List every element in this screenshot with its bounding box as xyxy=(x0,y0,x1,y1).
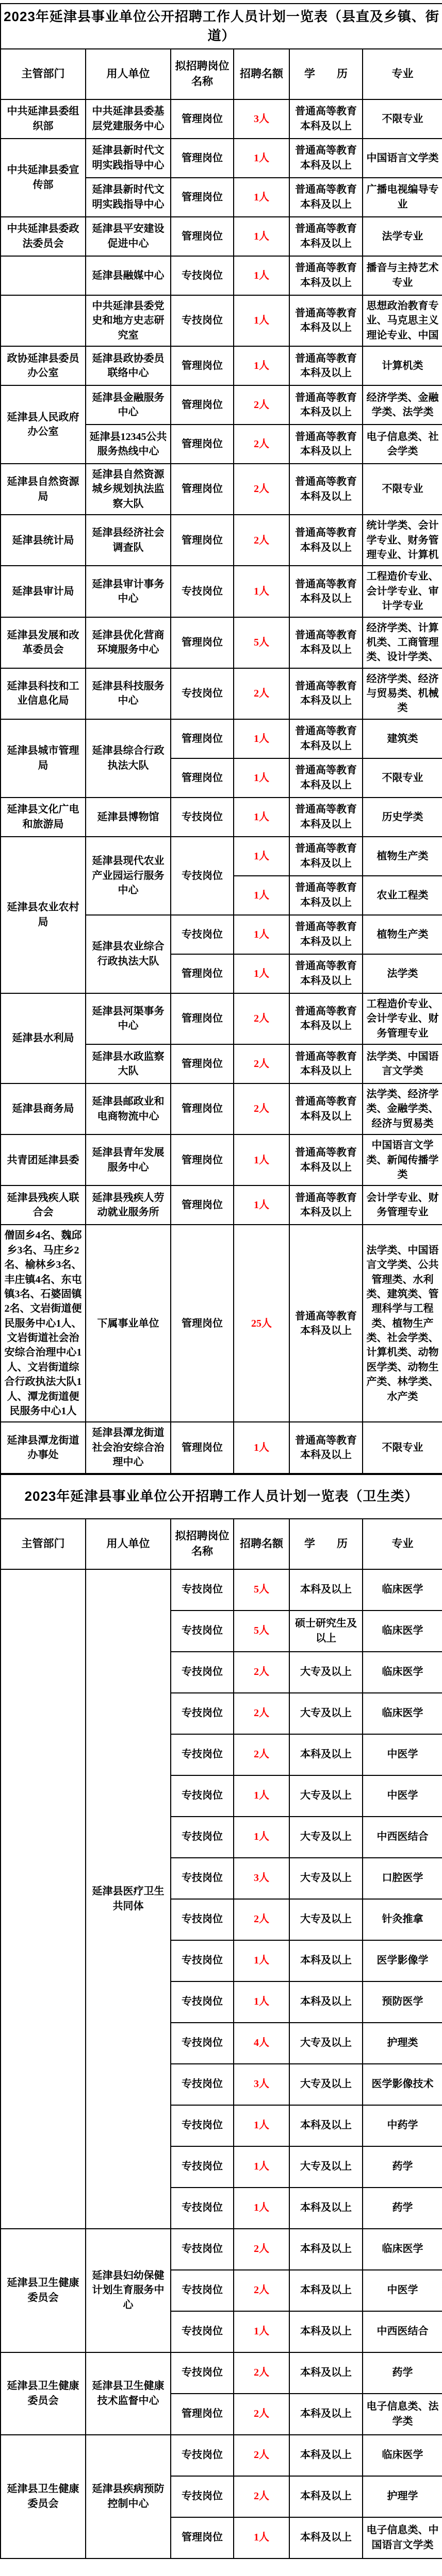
edu-cell: 普通高等教育本科及以上 xyxy=(289,1422,363,1473)
dept-cell: 延津县发展和改革委员会 xyxy=(1,617,86,668)
major-cell: 广播电视编导专业 xyxy=(363,178,442,217)
major-cell: 临床医学 xyxy=(363,1611,442,1652)
post-cell: 管理岗位 xyxy=(171,1044,234,1083)
quota-cell: 1人 xyxy=(234,256,289,295)
major-cell: 中医学 xyxy=(363,2270,442,2311)
col-header-post: 拟招聘岗位名称 xyxy=(171,1519,234,1569)
edu-cell: 本科及以上 xyxy=(289,1569,363,1611)
unit-cell: 延津县自然资源城乡规划执法监察大队 xyxy=(86,464,171,515)
edu-cell: 本科及以上 xyxy=(289,2476,363,2517)
post-cell: 专技岗位 xyxy=(171,2105,234,2146)
table-title-row: 2023年延津县事业单位公开招聘工作人员计划一览表（卫生类） xyxy=(1,1475,442,1519)
post-cell: 管理岗位 xyxy=(171,617,234,668)
unit-cell: 延津县疾病预防控制中心 xyxy=(86,2435,171,2558)
quota-cell: 2人 xyxy=(234,1044,289,1083)
major-cell: 针灸推拿 xyxy=(363,1899,442,1940)
quota-cell: 25人 xyxy=(234,1225,289,1422)
post-cell: 管理岗位 xyxy=(171,385,234,425)
major-cell: 法学类、经济学类、金融学类、经济与贸易类 xyxy=(363,1083,442,1134)
table-row: 延津县城市管理局延津县综合行政执法大队管理岗位1人普通高等教育本科及以上建筑类 xyxy=(1,719,442,758)
recruitment-table-county: 2023年延津县事业单位公开招聘工作人员计划一览表（县直及乡镇、街道）主管部门用… xyxy=(0,3,442,1474)
quota-cell: 2人 xyxy=(234,1693,289,1734)
unit-cell: 延津县金融服务中心 xyxy=(86,385,171,425)
table-row: 延津县农业农村局延津县现代农业产业园运行服务中心专技岗位1人普通高等教育本科及以… xyxy=(1,837,442,876)
table-row: 延津县发展和改革委员会延津县优化营商环境服务中心管理岗位5人普通高等教育本科及以… xyxy=(1,617,442,668)
major-cell: 植物生产类 xyxy=(363,915,442,954)
edu-cell: 普通高等教育本科及以上 xyxy=(289,758,363,798)
quota-cell: 1人 xyxy=(234,2146,289,2188)
quota-cell: 1人 xyxy=(234,1134,289,1185)
dept-cell: 延津县潭龙街道办事处 xyxy=(1,1422,86,1473)
dept-cell: 延津县人民政府办公室 xyxy=(1,385,86,464)
unit-cell: 延津县新时代文明实践指导中心 xyxy=(86,178,171,217)
dept-cell: 延津县残疾人联合会 xyxy=(1,1185,86,1225)
document-page: 2023年延津县事业单位公开招聘工作人员计划一览表（县直及乡镇、街道）主管部门用… xyxy=(0,0,442,2559)
major-cell: 不限专业 xyxy=(363,758,442,798)
col-header-quota: 招聘名额 xyxy=(234,49,289,99)
quota-cell: 2人 xyxy=(234,2270,289,2311)
edu-cell: 大专及以上 xyxy=(289,2064,363,2105)
major-cell: 工程造价专业、会计学专业、财务管理专业 xyxy=(363,993,442,1044)
dept-cell: 中共延津县委政法委员会 xyxy=(1,217,86,256)
col-header-unit: 用人单位 xyxy=(86,1519,171,1569)
major-cell: 经济学类、金融学类、法学类 xyxy=(363,385,442,425)
post-cell: 专技岗位 xyxy=(171,1611,234,1652)
edu-cell: 普通高等教育本科及以上 xyxy=(289,217,363,256)
quota-cell: 3人 xyxy=(234,2064,289,2105)
dept-cell: 延津县商务局 xyxy=(1,1083,86,1134)
table-row: 延津县融媒中心专技岗位1人普通高等教育本科及以上播音与主持艺术专业 xyxy=(1,256,442,295)
edu-cell: 普通高等教育本科及以上 xyxy=(289,178,363,217)
edu-cell: 普通高等教育本科及以上 xyxy=(289,837,363,876)
unit-cell: 延津县邮政业和电商物流中心 xyxy=(86,1083,171,1134)
quota-cell: 2人 xyxy=(234,1652,289,1693)
col-header-edu: 学 历 xyxy=(289,1519,363,1569)
post-cell: 专技岗位 xyxy=(171,566,234,617)
major-cell: 临床医学 xyxy=(363,1569,442,1611)
post-cell: 专技岗位 xyxy=(171,1734,234,1775)
edu-cell: 普通高等教育本科及以上 xyxy=(289,295,363,346)
unit-cell: 延津县农业综合行政执法大队 xyxy=(86,915,171,993)
table-row: 延津县商务局延津县邮政业和电商物流中心管理岗位2人普通高等教育本科及以上法学类、… xyxy=(1,1083,442,1134)
quota-cell: 2人 xyxy=(234,2435,289,2476)
quota-cell: 2人 xyxy=(234,425,289,464)
dept-cell xyxy=(1,295,86,346)
unit-cell: 延津县经济社会调查队 xyxy=(86,515,171,566)
col-header-unit: 用人单位 xyxy=(86,49,171,99)
col-header-dept: 主管部门 xyxy=(1,49,86,99)
post-cell: 专技岗位 xyxy=(171,1569,234,1611)
dept-cell xyxy=(1,1569,86,2229)
unit-cell: 延津县医疗卫生共同体 xyxy=(86,1569,171,2229)
edu-cell: 普通高等教育本科及以上 xyxy=(289,617,363,668)
major-cell: 护理学 xyxy=(363,2476,442,2517)
edu-cell: 本科及以上 xyxy=(289,2352,363,2394)
edu-cell: 普通高等教育本科及以上 xyxy=(289,668,363,719)
post-cell: 专技岗位 xyxy=(171,1858,234,1899)
dept-cell: 延津县城市管理局 xyxy=(1,719,86,798)
post-cell: 管理岗位 xyxy=(171,1185,234,1225)
unit-cell: 延津县残疾人劳动就业服务所 xyxy=(86,1185,171,1225)
post-cell: 管理岗位 xyxy=(171,954,234,993)
unit-cell: 延津县新时代文明实践指导中心 xyxy=(86,139,171,178)
post-cell: 专技岗位 xyxy=(171,256,234,295)
table-row: 延津县医疗卫生共同体专技岗位5人本科及以上临床医学 xyxy=(1,1569,442,1611)
quota-cell: 2人 xyxy=(234,2476,289,2517)
quota-cell: 2人 xyxy=(234,2229,289,2270)
major-cell: 思想政治教育专业、马克思主义理论专业、中国 xyxy=(363,295,442,346)
quota-cell: 2人 xyxy=(234,993,289,1044)
table-row: 中共延津县委宣传部延津县新时代文明实践指导中心管理岗位1人普通高等教育本科及以上… xyxy=(1,139,442,178)
post-cell: 管理岗位 xyxy=(171,1422,234,1473)
dept-cell: 政协延津县委员办公室 xyxy=(1,346,86,385)
dept-cell: 共青团延津县委 xyxy=(1,1134,86,1185)
major-cell: 工程造价专业、会计学专业、审计学专业 xyxy=(363,566,442,617)
dept-cell: 延津县卫生健康委员会 xyxy=(1,2229,86,2352)
major-cell: 法学类、中国语言文学类 xyxy=(363,1044,442,1083)
major-cell: 临床医学 xyxy=(363,1652,442,1693)
post-cell: 管理岗位 xyxy=(171,758,234,798)
post-cell: 管理岗位 xyxy=(171,464,234,515)
edu-cell: 大专及以上 xyxy=(289,1652,363,1693)
unit-cell: 中共延津县委党史和地方史志研究室 xyxy=(86,295,171,346)
unit-cell: 延津县政协委员联络中心 xyxy=(86,346,171,385)
unit-cell: 延津县卫生健康技术监督中心 xyxy=(86,2352,171,2435)
quota-cell: 1人 xyxy=(234,837,289,876)
quota-cell: 1人 xyxy=(234,915,289,954)
major-cell: 法学类、中国语言文学类、公共管理类、水利类、建筑类、管理科学与工程类、植物生产类… xyxy=(363,1225,442,1422)
dept-cell: 延津县卫生健康委员会 xyxy=(1,2352,86,2435)
post-cell: 专技岗位 xyxy=(171,2023,234,2064)
post-cell: 管理岗位 xyxy=(171,1083,234,1134)
post-cell: 专技岗位 xyxy=(171,1899,234,1940)
post-cell: 管理岗位 xyxy=(171,425,234,464)
table-row: 共青团延津县委延津县青年发展服务中心管理岗位1人普通高等教育本科及以上中国语言文… xyxy=(1,1134,442,1185)
table-title: 2023年延津县事业单位公开招聘工作人员计划一览表（卫生类） xyxy=(1,1475,442,1519)
quota-cell: 1人 xyxy=(234,1775,289,1817)
edu-cell: 本科及以上 xyxy=(289,2188,363,2229)
quota-cell: 1人 xyxy=(234,1817,289,1858)
edu-cell: 本科及以上 xyxy=(289,2394,363,2435)
post-cell: 专技岗位 xyxy=(171,1693,234,1734)
table-header-row: 主管部门用人单位拟招聘岗位名称招聘名额学 历专业 xyxy=(1,1519,442,1569)
table-row: 中共延津县委政法委员会延津县平安建设促进中心管理岗位1人普通高等教育本科及以上法… xyxy=(1,217,442,256)
quota-cell: 2人 xyxy=(234,1734,289,1775)
unit-cell: 延津县优化营商环境服务中心 xyxy=(86,617,171,668)
major-cell: 药学 xyxy=(363,2352,442,2394)
major-cell: 中国语言文学类、新闻传播学类 xyxy=(363,1134,442,1185)
edu-cell: 本科及以上 xyxy=(289,2229,363,2270)
edu-cell: 普通高等教育本科及以上 xyxy=(289,1134,363,1185)
table-row: 延津县卫生健康委员会延津县妇幼保健计划生育服务中心专技岗位2人本科及以上临床医学 xyxy=(1,2229,442,2270)
major-cell: 法学类 xyxy=(363,954,442,993)
unit-cell: 延津县博物馆 xyxy=(86,798,171,837)
post-cell: 专技岗位 xyxy=(171,1652,234,1693)
post-cell: 专技岗位 xyxy=(171,2311,234,2352)
major-cell: 中西医结合 xyxy=(363,2311,442,2352)
major-cell: 医学影像学 xyxy=(363,1940,442,1981)
dept-cell: 延津县农业农村局 xyxy=(1,837,86,993)
unit-cell: 延津县现代农业产业园运行服务中心 xyxy=(86,837,171,915)
post-cell: 专技岗位 xyxy=(171,2146,234,2188)
quota-cell: 1人 xyxy=(234,1940,289,1981)
quota-cell: 2人 xyxy=(234,515,289,566)
unit-cell: 延津县平安建设促进中心 xyxy=(86,217,171,256)
table-row: 延津县潭龙街道办事处延津县潭龙街道社会治安综合治理中心管理岗位1人普通高等教育本… xyxy=(1,1422,442,1473)
quota-cell: 2人 xyxy=(234,1899,289,1940)
edu-cell: 普通高等教育本科及以上 xyxy=(289,954,363,993)
dept-cell xyxy=(1,256,86,295)
dept-cell: 中共延津县委组织部 xyxy=(1,99,86,139)
quota-cell: 1人 xyxy=(234,719,289,758)
post-cell: 专技岗位 xyxy=(171,1817,234,1858)
major-cell: 临床医学 xyxy=(363,2229,442,2270)
edu-cell: 普通高等教育本科及以上 xyxy=(289,1185,363,1225)
major-cell: 中医学 xyxy=(363,1734,442,1775)
post-cell: 专技岗位 xyxy=(171,1775,234,1817)
edu-cell: 大专及以上 xyxy=(289,2146,363,2188)
post-cell: 专技岗位 xyxy=(171,1940,234,1981)
major-cell: 电子信息类、社会学类 xyxy=(363,425,442,464)
major-cell: 建筑类 xyxy=(363,719,442,758)
edu-cell: 大专及以上 xyxy=(289,1817,363,1858)
unit-cell: 延津县科技服务中心 xyxy=(86,668,171,719)
post-cell: 管理岗位 xyxy=(171,178,234,217)
major-cell: 植物生产类 xyxy=(363,837,442,876)
major-cell: 中药学 xyxy=(363,2105,442,2146)
unit-cell: 延津县12345公共服务热线中心 xyxy=(86,425,171,464)
edu-cell: 本科及以上 xyxy=(289,2270,363,2311)
unit-cell: 延津县审计事务中心 xyxy=(86,566,171,617)
post-cell: 专技岗位 xyxy=(171,915,234,954)
table-header-row: 主管部门用人单位拟招聘岗位名称招聘名额学 历专业 xyxy=(1,49,442,99)
major-cell: 电子信息类、法学类 xyxy=(363,2394,442,2435)
quota-cell: 1人 xyxy=(234,566,289,617)
table-row: 延津县自然资源局延津县自然资源城乡规划执法监察大队管理岗位2人普通高等教育本科及… xyxy=(1,464,442,515)
edu-cell: 普通高等教育本科及以上 xyxy=(289,993,363,1044)
col-header-post: 拟招聘岗位名称 xyxy=(171,49,234,99)
table-title: 2023年延津县事业单位公开招聘工作人员计划一览表（县直及乡镇、街道） xyxy=(1,4,442,49)
major-cell: 经济学类、经济与贸易类、机械类 xyxy=(363,668,442,719)
major-cell: 不限专业 xyxy=(363,1422,442,1473)
post-cell: 专技岗位 xyxy=(171,837,234,915)
major-cell: 电子信息类、中国语言文学类 xyxy=(363,2517,442,2558)
dept-cell: 延津县统计局 xyxy=(1,515,86,566)
table-row: 中共延津县委党史和地方史志研究室专技岗位1人普通高等教育本科及以上思想政治教育专… xyxy=(1,295,442,346)
unit-cell: 延津县水政监察大队 xyxy=(86,1044,171,1083)
col-header-dept: 主管部门 xyxy=(1,1519,86,1569)
unit-cell: 延津县妇幼保健计划生育服务中心 xyxy=(86,2229,171,2352)
post-cell: 专技岗位 xyxy=(171,798,234,837)
unit-cell: 延津县潭龙街道社会治安综合治理中心 xyxy=(86,1422,171,1473)
post-cell: 专技岗位 xyxy=(171,2352,234,2394)
edu-cell: 普通高等教育本科及以上 xyxy=(289,1225,363,1422)
edu-cell: 本科及以上 xyxy=(289,2517,363,2558)
dept-cell: 延津县卫生健康委员会 xyxy=(1,2435,86,2558)
major-cell: 临床医学 xyxy=(363,2435,442,2476)
edu-cell: 本科及以上 xyxy=(289,2435,363,2476)
unit-cell: 下属事业单位 xyxy=(86,1225,171,1422)
dept-cell: 延津县科技和工业信息化局 xyxy=(1,668,86,719)
major-cell: 护理类 xyxy=(363,2023,442,2064)
quota-cell: 2人 xyxy=(234,385,289,425)
table-row: 延津县残疾人联合会延津县残疾人劳动就业服务所管理岗位1人普通高等教育本科及以上会… xyxy=(1,1185,442,1225)
major-cell: 经济学类、计算机类、工商管理类、设计学类、 xyxy=(363,617,442,668)
post-cell: 管理岗位 xyxy=(171,1225,234,1422)
dept-cell: 延津县水利局 xyxy=(1,993,86,1083)
quota-cell: 1人 xyxy=(234,295,289,346)
post-cell: 管理岗位 xyxy=(171,515,234,566)
edu-cell: 本科及以上 xyxy=(289,1981,363,2023)
major-cell: 中西医结合 xyxy=(363,1817,442,1858)
major-cell: 计算机类 xyxy=(363,346,442,385)
quota-cell: 1人 xyxy=(234,1422,289,1473)
edu-cell: 普通高等教育本科及以上 xyxy=(289,1083,363,1134)
unit-cell: 延津县综合行政执法大队 xyxy=(86,719,171,798)
edu-cell: 普通高等教育本科及以上 xyxy=(289,566,363,617)
quota-cell: 1人 xyxy=(234,2311,289,2352)
table-row: 延津县文化广电和旅游局延津县博物馆专技岗位1人普通高等教育本科及以上历史学类 xyxy=(1,798,442,837)
quota-cell: 2人 xyxy=(234,668,289,719)
recruitment-table-health: 2023年延津县事业单位公开招聘工作人员计划一览表（卫生类）主管部门用人单位拟招… xyxy=(0,1474,442,2559)
edu-cell: 普通高等教育本科及以上 xyxy=(289,99,363,139)
major-cell: 农业工程类 xyxy=(363,876,442,915)
table-row: 中共延津县委组织部中共延津县委基层党建服务中心管理岗位3人普通高等教育本科及以上… xyxy=(1,99,442,139)
post-cell: 管理岗位 xyxy=(171,2517,234,2558)
major-cell: 播音与主持艺术专业 xyxy=(363,256,442,295)
major-cell: 医学影像技术 xyxy=(363,2064,442,2105)
post-cell: 管理岗位 xyxy=(171,2394,234,2435)
major-cell: 中国语言文学类 xyxy=(363,139,442,178)
post-cell: 专技岗位 xyxy=(171,2476,234,2517)
quota-cell: 3人 xyxy=(234,99,289,139)
table-row: 延津县人民政府办公室延津县金融服务中心管理岗位2人普通高等教育本科及以上经济学类… xyxy=(1,385,442,425)
edu-cell: 本科及以上 xyxy=(289,1734,363,1775)
quota-cell: 5人 xyxy=(234,1569,289,1611)
quota-cell: 4人 xyxy=(234,2023,289,2064)
edu-cell: 普通高等教育本科及以上 xyxy=(289,346,363,385)
edu-cell: 普通高等教育本科及以上 xyxy=(289,1044,363,1083)
post-cell: 管理岗位 xyxy=(171,1134,234,1185)
quota-cell: 1人 xyxy=(234,954,289,993)
unit-cell: 延津县河渠事务中心 xyxy=(86,993,171,1044)
edu-cell: 普通高等教育本科及以上 xyxy=(289,515,363,566)
edu-cell: 大专及以上 xyxy=(289,2023,363,2064)
major-cell: 法学专业 xyxy=(363,217,442,256)
quota-cell: 1人 xyxy=(234,798,289,837)
table-row: 延津县水利局延津县河渠事务中心管理岗位2人普通高等教育本科及以上工程造价专业、会… xyxy=(1,993,442,1044)
post-cell: 管理岗位 xyxy=(171,719,234,758)
post-cell: 专技岗位 xyxy=(171,2064,234,2105)
major-cell: 药学 xyxy=(363,2146,442,2188)
edu-cell: 普通高等教育本科及以上 xyxy=(289,915,363,954)
table-row: 延津县卫生健康委员会延津县疾病预防控制中心专技岗位2人本科及以上临床医学 xyxy=(1,2435,442,2476)
quota-cell: 2人 xyxy=(234,2394,289,2435)
post-cell: 专技岗位 xyxy=(171,2270,234,2311)
quota-cell: 3人 xyxy=(234,1858,289,1899)
post-cell: 管理岗位 xyxy=(171,346,234,385)
major-cell: 预防医学 xyxy=(363,1981,442,2023)
quota-cell: 5人 xyxy=(234,1611,289,1652)
edu-cell: 普通高等教育本科及以上 xyxy=(289,256,363,295)
edu-cell: 普通高等教育本科及以上 xyxy=(289,798,363,837)
col-header-edu: 学 历 xyxy=(289,49,363,99)
post-cell: 管理岗位 xyxy=(171,993,234,1044)
dept-cell: 中共延津县委宣传部 xyxy=(1,139,86,217)
unit-cell: 延津县融媒中心 xyxy=(86,256,171,295)
major-cell: 会计学专业、财务管理专业 xyxy=(363,1185,442,1225)
dept-cell: 延津县文化广电和旅游局 xyxy=(1,798,86,837)
quota-cell: 2人 xyxy=(234,2352,289,2394)
unit-cell: 延津县青年发展服务中心 xyxy=(86,1134,171,1185)
table-row: 延津县审计局延津县审计事务中心专技岗位1人普通高等教育本科及以上工程造价专业、会… xyxy=(1,566,442,617)
quota-cell: 1人 xyxy=(234,1981,289,2023)
quota-cell: 1人 xyxy=(234,758,289,798)
major-cell: 历史学类 xyxy=(363,798,442,837)
quota-cell: 1人 xyxy=(234,1185,289,1225)
table-row: 延津县统计局延津县经济社会调查队管理岗位2人普通高等教育本科及以上统计学类、会计… xyxy=(1,515,442,566)
post-cell: 专技岗位 xyxy=(171,2188,234,2229)
post-cell: 专技岗位 xyxy=(171,2229,234,2270)
col-header-quota: 招聘名额 xyxy=(234,1519,289,1569)
edu-cell: 普通高等教育本科及以上 xyxy=(289,876,363,915)
col-header-major: 专业 xyxy=(363,49,442,99)
dept-cell: 僧固乡4名、魏邱乡3名、马庄乡2名、榆林乡3名、丰庄镇4名、东屯镇3名、石婆固镇… xyxy=(1,1225,86,1422)
quota-cell: 2人 xyxy=(234,1083,289,1134)
major-cell: 口腔医学 xyxy=(363,1858,442,1899)
edu-cell: 普通高等教育本科及以上 xyxy=(289,464,363,515)
quota-cell: 1人 xyxy=(234,139,289,178)
post-cell: 专技岗位 xyxy=(171,668,234,719)
major-cell: 中医学 xyxy=(363,1775,442,1817)
table-title-row: 2023年延津县事业单位公开招聘工作人员计划一览表（县直及乡镇、街道） xyxy=(1,4,442,49)
major-cell: 不限专业 xyxy=(363,99,442,139)
quota-cell: 1人 xyxy=(234,217,289,256)
dept-cell: 延津县自然资源局 xyxy=(1,464,86,515)
edu-cell: 大专及以上 xyxy=(289,1693,363,1734)
edu-cell: 硕士研究生及以上 xyxy=(289,1611,363,1652)
edu-cell: 本科及以上 xyxy=(289,2311,363,2352)
quota-cell: 1人 xyxy=(234,346,289,385)
table-row: 僧固乡4名、魏邱乡3名、马庄乡2名、榆林乡3名、丰庄镇4名、东屯镇3名、石婆固镇… xyxy=(1,1225,442,1422)
edu-cell: 普通高等教育本科及以上 xyxy=(289,139,363,178)
edu-cell: 普通高等教育本科及以上 xyxy=(289,425,363,464)
edu-cell: 本科及以上 xyxy=(289,2105,363,2146)
quota-cell: 1人 xyxy=(234,2105,289,2146)
edu-cell: 大专及以上 xyxy=(289,1858,363,1899)
quota-cell: 1人 xyxy=(234,178,289,217)
table-row: 政协延津县委员办公室延津县政协委员联络中心管理岗位1人普通高等教育本科及以上计算… xyxy=(1,346,442,385)
table-row: 延津县卫生健康委员会延津县卫生健康技术监督中心专技岗位2人本科及以上药学 xyxy=(1,2352,442,2394)
post-cell: 专技岗位 xyxy=(171,295,234,346)
unit-cell: 中共延津县委基层党建服务中心 xyxy=(86,99,171,139)
table-row: 延津县科技和工业信息化局延津县科技服务中心专技岗位2人普通高等教育本科及以上经济… xyxy=(1,668,442,719)
edu-cell: 本科及以上 xyxy=(289,1940,363,1981)
quota-cell: 5人 xyxy=(234,617,289,668)
major-cell: 临床医学 xyxy=(363,1693,442,1734)
edu-cell: 普通高等教育本科及以上 xyxy=(289,385,363,425)
major-cell: 药学 xyxy=(363,2188,442,2229)
quota-cell: 2人 xyxy=(234,464,289,515)
major-cell: 不限专业 xyxy=(363,464,442,515)
col-header-major: 专业 xyxy=(363,1519,442,1569)
quota-cell: 1人 xyxy=(234,2517,289,2558)
post-cell: 管理岗位 xyxy=(171,99,234,139)
edu-cell: 大专及以上 xyxy=(289,1899,363,1940)
quota-cell: 1人 xyxy=(234,2188,289,2229)
post-cell: 管理岗位 xyxy=(171,217,234,256)
post-cell: 专技岗位 xyxy=(171,2435,234,2476)
